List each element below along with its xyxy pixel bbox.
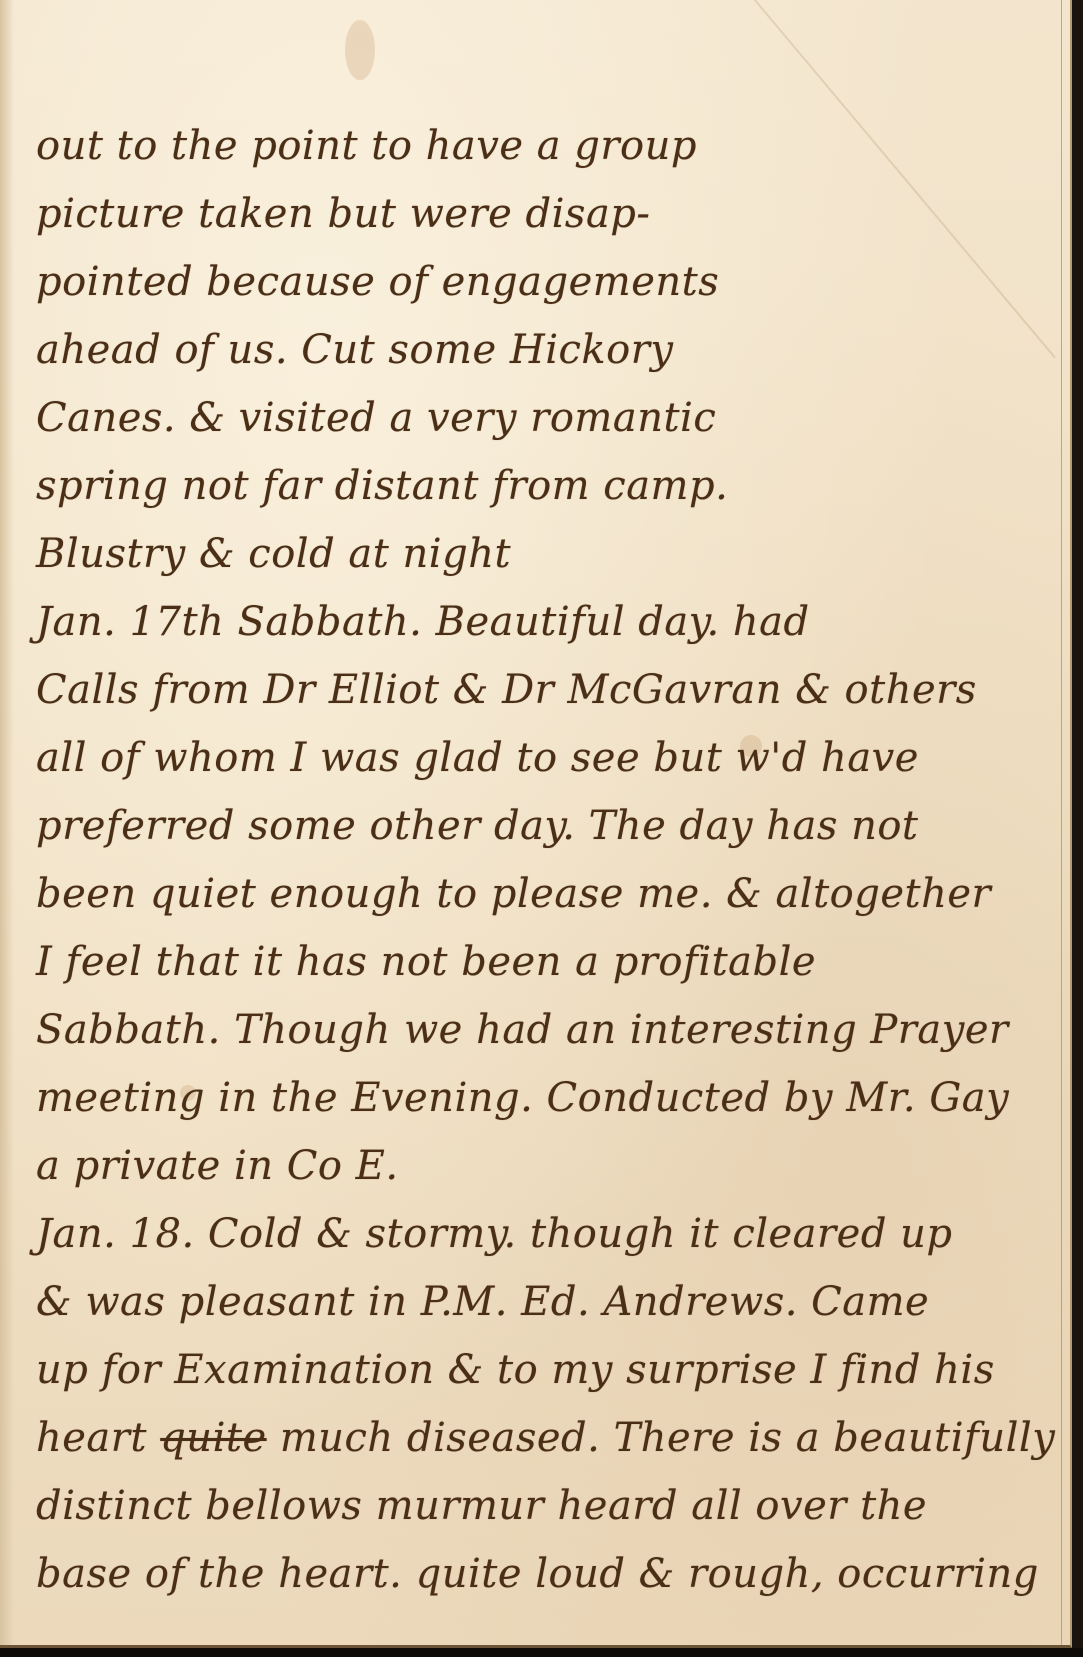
scan-border xyxy=(0,1648,1083,1657)
text-line: Calls from Dr Elliot & Dr McGavran & oth… xyxy=(36,656,1046,724)
text-line: Canes. & visited a very romantic xyxy=(36,384,1046,452)
struck-out-word: quite xyxy=(160,1415,266,1461)
diary-entry-jan-18-start: Jan. 18. Cold & stormy. though it cleare… xyxy=(36,1200,1046,1268)
text-line: & was pleasant in P.M. Ed. Andrews. Came xyxy=(36,1268,1046,1336)
text-line: ahead of us. Cut some Hickory xyxy=(36,316,1046,384)
text-line: base of the heart. quite loud & rough, o… xyxy=(36,1540,1046,1608)
text-word: heart xyxy=(36,1415,147,1461)
page-edge xyxy=(1061,0,1062,1645)
text-line: Blustry & cold at night xyxy=(36,520,1046,588)
text-line: I feel that it has not been a profitable xyxy=(36,928,1046,996)
text-line: up for Examination & to my surprise I fi… xyxy=(36,1336,1046,1404)
paper-stain xyxy=(345,20,375,80)
diary-entry-jan-17-start: Jan. 17th Sabbath. Beautiful day. had xyxy=(36,588,1046,656)
text-line: been quiet enough to please me. & altoge… xyxy=(36,860,1046,928)
handwritten-text-block: out to the point to have a group picture… xyxy=(36,112,1046,1608)
text-line: distinct bellows murmur heard all over t… xyxy=(36,1472,1046,1540)
text-line: Sabbath. Though we had an interesting Pr… xyxy=(36,996,1046,1064)
text-word: much diseased. There is a beautifully xyxy=(280,1415,1055,1461)
manuscript-page: out to the point to have a group picture… xyxy=(0,0,1072,1648)
text-line: a private in Co E. xyxy=(36,1132,1046,1200)
text-line: all of whom I was glad to see but w'd ha… xyxy=(36,724,1046,792)
text-line: out to the point to have a group xyxy=(36,112,1046,180)
text-line: picture taken but were disap- xyxy=(36,180,1046,248)
text-line: heart quite much diseased. There is a be… xyxy=(36,1404,1046,1472)
binding-gutter xyxy=(0,0,14,1645)
text-line: preferred some other day. The day has no… xyxy=(36,792,1046,860)
text-line: pointed because of engagements xyxy=(36,248,1046,316)
text-line: spring not far distant from camp. xyxy=(36,452,1046,520)
text-line: meeting in the Evening. Conducted by Mr.… xyxy=(36,1064,1046,1132)
